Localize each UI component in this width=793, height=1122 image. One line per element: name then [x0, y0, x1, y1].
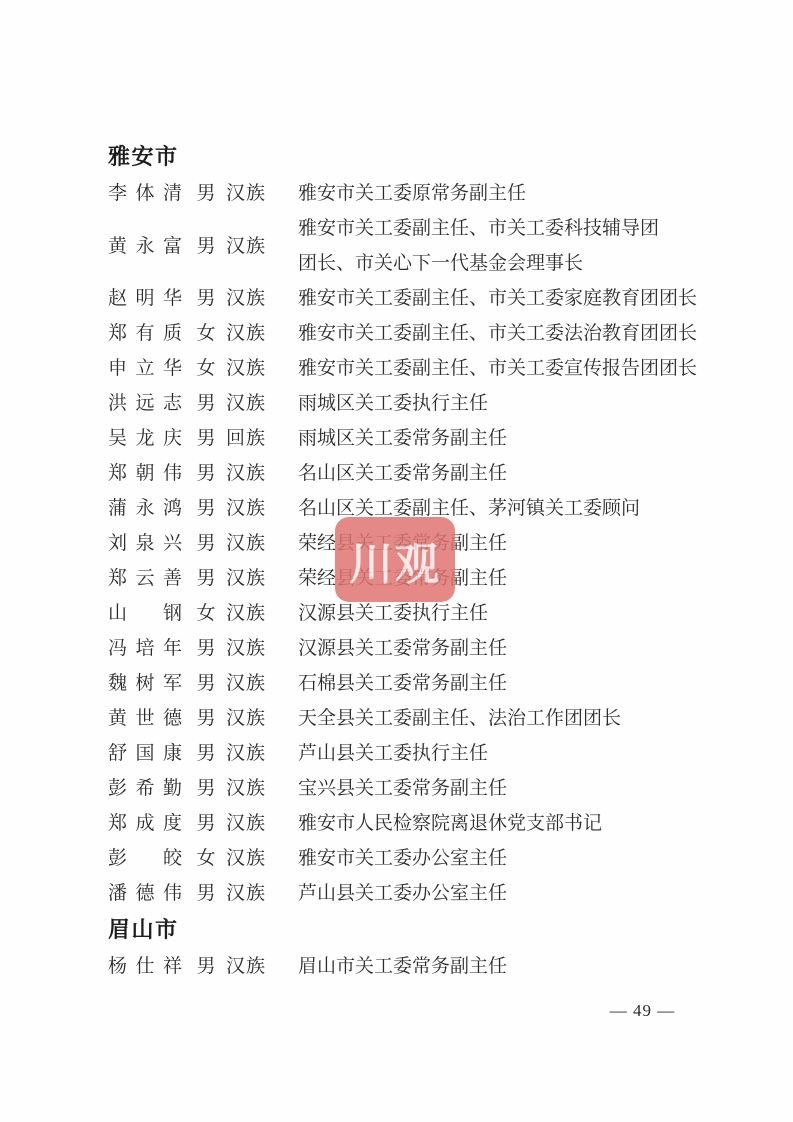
person-name: 潘德伟	[108, 876, 182, 911]
person-gender: 女	[196, 316, 216, 351]
person-name: 洪远志	[108, 386, 182, 421]
person-ethnicity: 汉族	[226, 176, 268, 211]
person-row: 彭皎 女 汉族 雅安市关工委办公室主任	[108, 841, 718, 876]
person-ethnicity: 回族	[226, 421, 268, 456]
person-ethnicity: 汉族	[226, 386, 268, 421]
person-gender: 女	[196, 596, 216, 631]
person-row: 黄世德 男 汉族 天全县关工委副主任、法治工作团团长	[108, 701, 718, 736]
person-row: 魏树军 男 汉族 石棉县关工委常务副主任	[108, 666, 718, 701]
person-gender: 男	[196, 949, 216, 984]
person-position: 雨城区关工委常务副主任	[298, 421, 700, 456]
person-name: 刘泉兴	[108, 526, 182, 561]
person-row: 郑成度 男 汉族 雅安市人民检察院离退休党支部书记	[108, 806, 718, 841]
person-position: 天全县关工委副主任、法治工作团团长	[298, 701, 700, 736]
person-position: 雅安市关工委副主任、市关工委法治教育团团长	[298, 316, 700, 351]
person-position: 芦山县关工委执行主任	[298, 736, 700, 771]
person-row: 洪远志 男 汉族 雨城区关工委执行主任	[108, 386, 718, 421]
person-ethnicity: 汉族	[226, 949, 268, 984]
person-ethnicity: 汉族	[226, 491, 268, 526]
person-ethnicity: 汉族	[226, 666, 268, 701]
person-ethnicity: 汉族	[226, 736, 268, 771]
person-gender: 男	[196, 806, 216, 841]
person-position: 雨城区关工委执行主任	[298, 386, 700, 421]
person-name: 彭希勤	[108, 771, 182, 806]
person-name: 杨仕祥	[108, 949, 182, 984]
person-name: 黄世德	[108, 701, 182, 736]
person-row: 郑朝伟 男 汉族 名山区关工委常务副主任	[108, 456, 718, 491]
person-name: 郑朝伟	[108, 456, 182, 491]
person-gender: 男	[196, 386, 216, 421]
city-rows: 李体清 男 汉族 雅安市关工委原常务副主任 黄永富 男 汉族 雅安市关工委副主任…	[108, 176, 718, 911]
person-row: 潘德伟 男 汉族 芦山县关工委办公室主任	[108, 876, 718, 911]
person-gender: 男	[196, 421, 216, 456]
person-position: 汉源县关工委执行主任	[298, 596, 700, 631]
person-position: 汉源县关工委常务副主任	[298, 631, 700, 666]
person-ethnicity: 汉族	[226, 841, 268, 876]
person-name: 冯培年	[108, 631, 182, 666]
person-position: 雅安市关工委办公室主任	[298, 841, 700, 876]
person-name: 蒲永鸿	[108, 491, 182, 526]
person-row: 黄永富 男 汉族 雅安市关工委副主任、市关工委科技辅导团 团长、市关心下一代基金…	[108, 211, 718, 281]
person-ethnicity: 汉族	[226, 561, 268, 596]
person-gender: 男	[196, 736, 216, 771]
person-gender: 男	[196, 281, 216, 316]
person-gender: 男	[196, 876, 216, 911]
roster-list: 雅安市 李体清 男 汉族 雅安市关工委原常务副主任 黄永富 男 汉族 雅安市关工…	[108, 138, 718, 984]
person-gender: 男	[196, 771, 216, 806]
person-gender: 男	[196, 666, 216, 701]
person-row: 李体清 男 汉族 雅安市关工委原常务副主任	[108, 176, 718, 211]
person-position: 荣经县关工委常务副主任	[298, 526, 700, 561]
person-position: 眉山市关工委常务副主任	[298, 949, 700, 984]
person-name: 郑有质	[108, 316, 182, 351]
page-number: — 49 —	[600, 1001, 685, 1021]
person-name: 吴龙庆	[108, 421, 182, 456]
city-heading: 雅安市	[108, 138, 718, 176]
person-position: 荣经县关工委常务副主任	[298, 561, 700, 596]
person-gender: 男	[196, 561, 216, 596]
person-ethnicity: 汉族	[226, 229, 268, 264]
city-section: 眉山市 杨仕祥 男 汉族 眉山市关工委常务副主任	[108, 911, 718, 984]
person-ethnicity: 汉族	[226, 596, 268, 631]
person-row: 彭希勤 男 汉族 宝兴县关工委常务副主任	[108, 771, 718, 806]
person-gender: 男	[196, 701, 216, 736]
person-ethnicity: 汉族	[226, 316, 268, 351]
person-row: 舒国康 男 汉族 芦山县关工委执行主任	[108, 736, 718, 771]
person-gender: 男	[196, 526, 216, 561]
person-ethnicity: 汉族	[226, 701, 268, 736]
person-row: 刘泉兴 男 汉族 荣经县关工委常务副主任	[108, 526, 718, 561]
person-position: 名山区关工委常务副主任	[298, 456, 700, 491]
person-position: 雅安市关工委副主任、市关工委宣传报告团团长	[298, 351, 700, 386]
person-ethnicity: 汉族	[226, 631, 268, 666]
person-gender: 男	[196, 176, 216, 211]
person-ethnicity: 汉族	[226, 456, 268, 491]
person-name: 黄永富	[108, 229, 182, 264]
person-row: 郑有质 女 汉族 雅安市关工委副主任、市关工委法治教育团团长	[108, 316, 718, 351]
person-position: 名山区关工委副主任、茅河镇关工委顾问	[298, 491, 700, 526]
person-name: 赵明华	[108, 281, 182, 316]
person-name: 魏树军	[108, 666, 182, 701]
city-rows: 杨仕祥 男 汉族 眉山市关工委常务副主任	[108, 949, 718, 984]
person-position: 雅安市关工委副主任、市关工委科技辅导团 团长、市关心下一代基金会理事长	[298, 211, 700, 281]
person-row: 赵明华 男 汉族 雅安市关工委副主任、市关工委家庭教育团团长	[108, 281, 718, 316]
person-name: 彭皎	[108, 841, 182, 876]
person-name: 李体清	[108, 176, 182, 211]
person-gender: 女	[196, 841, 216, 876]
person-ethnicity: 汉族	[226, 281, 268, 316]
document-page: 雅安市 李体清 男 汉族 雅安市关工委原常务副主任 黄永富 男 汉族 雅安市关工…	[0, 0, 793, 1122]
person-position: 雅安市关工委原常务副主任	[298, 176, 700, 211]
person-ethnicity: 汉族	[226, 771, 268, 806]
person-position: 芦山县关工委办公室主任	[298, 876, 700, 911]
person-row: 山钢 女 汉族 汉源县关工委执行主任	[108, 596, 718, 631]
person-row: 蒲永鸿 男 汉族 名山区关工委副主任、茅河镇关工委顾问	[108, 491, 718, 526]
person-ethnicity: 汉族	[226, 351, 268, 386]
person-name: 郑成度	[108, 806, 182, 841]
person-row: 冯培年 男 汉族 汉源县关工委常务副主任	[108, 631, 718, 666]
person-position: 石棉县关工委常务副主任	[298, 666, 700, 701]
person-position: 雅安市关工委副主任、市关工委家庭教育团团长	[298, 281, 700, 316]
person-row: 吴龙庆 男 回族 雨城区关工委常务副主任	[108, 421, 718, 456]
person-gender: 男	[196, 229, 216, 264]
person-row: 杨仕祥 男 汉族 眉山市关工委常务副主任	[108, 949, 718, 984]
person-name: 舒国康	[108, 736, 182, 771]
person-ethnicity: 汉族	[226, 806, 268, 841]
city-section: 雅安市 李体清 男 汉族 雅安市关工委原常务副主任 黄永富 男 汉族 雅安市关工…	[108, 138, 718, 911]
person-position: 雅安市人民检察院离退休党支部书记	[298, 806, 700, 841]
person-gender: 男	[196, 456, 216, 491]
person-position: 宝兴县关工委常务副主任	[298, 771, 700, 806]
person-name: 申立华	[108, 351, 182, 386]
person-ethnicity: 汉族	[226, 526, 268, 561]
person-name: 山钢	[108, 596, 182, 631]
person-row: 申立华 女 汉族 雅安市关工委副主任、市关工委宣传报告团团长	[108, 351, 718, 386]
person-gender: 女	[196, 351, 216, 386]
person-gender: 男	[196, 631, 216, 666]
person-ethnicity: 汉族	[226, 876, 268, 911]
person-row: 郑云善 男 汉族 荣经县关工委常务副主任	[108, 561, 718, 596]
city-heading: 眉山市	[108, 911, 718, 949]
person-name: 郑云善	[108, 561, 182, 596]
person-gender: 男	[196, 491, 216, 526]
